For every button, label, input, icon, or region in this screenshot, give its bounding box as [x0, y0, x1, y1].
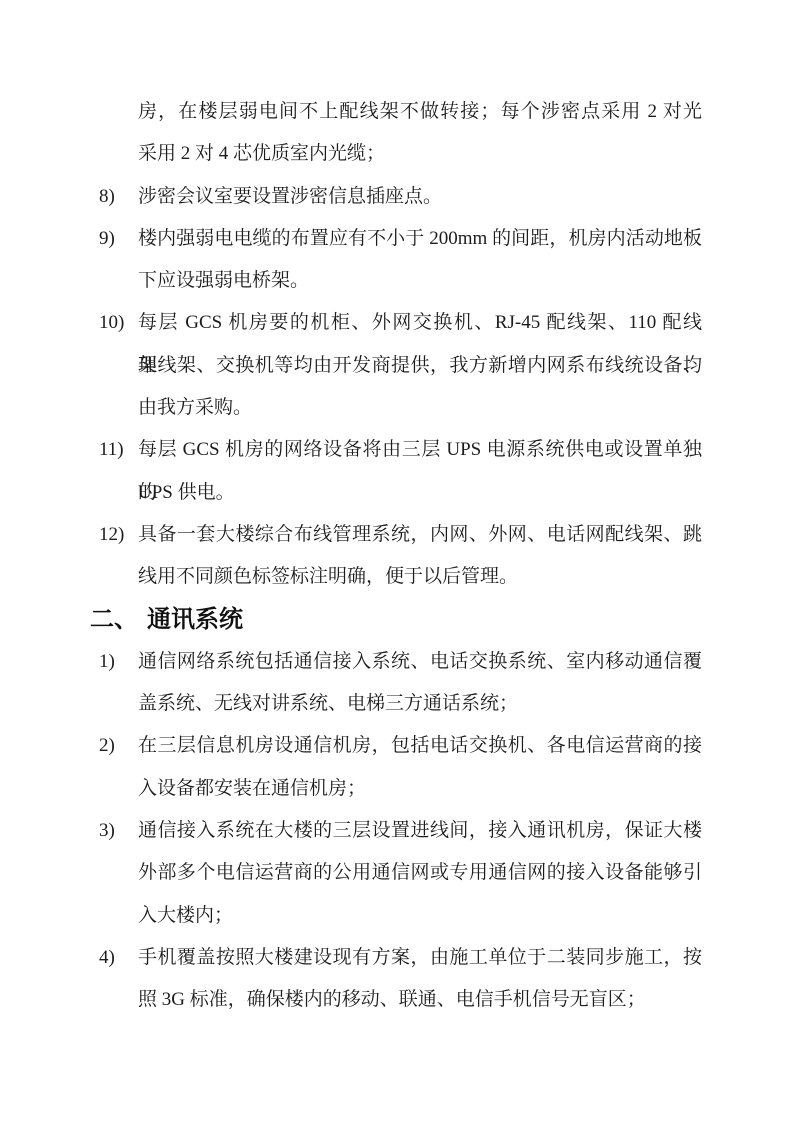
text-line: 通信网络系统包括通信接入系统、电话交换系统、室内移动通信覆 [138, 641, 702, 683]
list-item: 10) 每层 GCS 机房要的机柜、外网交换机、RJ-45 配线架、110 配线… [90, 302, 702, 344]
list-item-number: 4) [99, 937, 138, 979]
text-line: 下应设强弱电桥架。 [90, 260, 702, 302]
text-line: 楼内强弱电电缆的布置应有不小于 200mm 的间距，机房内活动地板 [138, 218, 702, 260]
list-item-number: 2) [99, 725, 138, 767]
section-heading-title: 通讯系统 [147, 607, 243, 633]
list-item: 4) 手机覆盖按照大楼建设现有方案，由施工单位于二装同步施工，按 [90, 937, 702, 979]
text-line: 具备一套大楼综合布线管理系统，内网、外网、电话网配线架、跳 [138, 514, 702, 556]
list-item: 2) 在三层信息机房设通信机房，包括电话交换机、各电信运营商的接 [90, 725, 702, 767]
list-item: 3) 通信接入系统在大楼的三层设置进线间，接入通讯机房，保证大楼 [90, 810, 702, 852]
list-item: 8) 涉密会议室要设置涉密信息插座点。 [90, 176, 702, 218]
section-heading-number: 二、 [90, 599, 147, 641]
text-line: 盖系统、无线对讲系统、电梯三方通话系统； [90, 683, 702, 725]
document-page: 房，在楼层弱电间不上配线架不做转接；每个涉密点采用 2 对光纤， 采用 2 对 … [0, 0, 793, 1122]
list-item-number: 9) [99, 218, 138, 260]
text-line: 涉密会议室要设置涉密信息插座点。 [138, 186, 442, 207]
list-item-number: 11) [99, 429, 138, 471]
document-body: 房，在楼层弱电间不上配线架不做转接；每个涉密点采用 2 对光纤， 采用 2 对 … [90, 91, 702, 1022]
list-item: 11) 每层 GCS 机房的网络设备将由三层 UPS 电源系统供电或设置单独的 [90, 429, 702, 471]
list-item-number: 8) [99, 176, 138, 218]
list-item-number: 1) [99, 641, 138, 683]
section-heading: 二、通讯系统 [90, 599, 702, 641]
continuation-line: 采用 2 对 4 芯优质室内光缆； [90, 133, 702, 175]
list-item-number: 12) [99, 514, 138, 556]
text-line: 外部多个电信运营商的公用通信网或专用通信网的接入设备能够引 [90, 852, 702, 894]
text-line: 在三层信息机房设通信机房，包括电话交换机、各电信运营商的接 [138, 725, 702, 767]
list-item-number: 10) [99, 302, 138, 344]
text-line: 手机覆盖按照大楼建设现有方案，由施工单位于二装同步施工，按 [138, 937, 702, 979]
list-item: 12) 具备一套大楼综合布线管理系统，内网、外网、电话网配线架、跳 [90, 514, 702, 556]
text-line: 照 3G 标准，确保楼内的移动、联通、电信手机信号无盲区； [90, 979, 702, 1021]
text-line: 线用不同颜色标签标注明确，便于以后管理。 [90, 556, 702, 598]
list-item-number: 3) [99, 810, 138, 852]
text-line: 入设备都安装在通信机房； [90, 768, 702, 810]
list-item: 1) 通信网络系统包括通信接入系统、电话交换系统、室内移动通信覆 [90, 641, 702, 683]
list-item: 9) 楼内强弱电电缆的布置应有不小于 200mm 的间距，机房内活动地板 [90, 218, 702, 260]
continuation-line: 房，在楼层弱电间不上配线架不做转接；每个涉密点采用 2 对光纤， [90, 91, 702, 133]
text-line: 每层 GCS 机房要的机柜、外网交换机、RJ-45 配线架、110 配线架、 [138, 302, 702, 387]
text-line: 通信接入系统在大楼的三层设置进线间，接入通讯机房，保证大楼 [138, 810, 702, 852]
text-line: 入大楼内； [90, 895, 702, 937]
text-line: 由我方采购。 [90, 387, 702, 429]
text-line: 每层 GCS 机房的网络设备将由三层 UPS 电源系统供电或设置单独的 [138, 429, 702, 514]
